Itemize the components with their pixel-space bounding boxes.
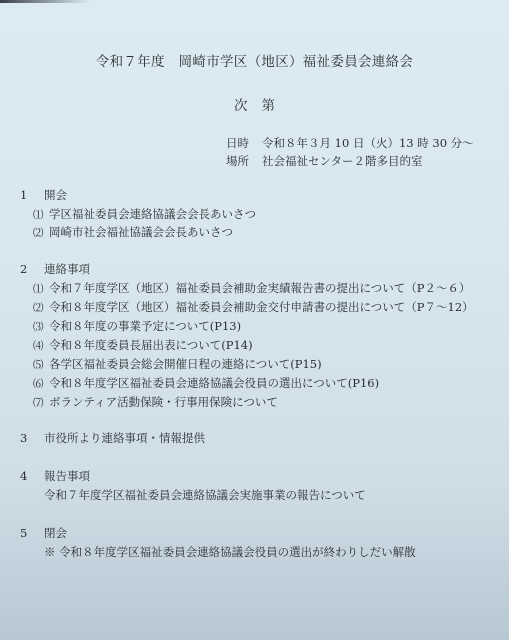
item-text: 岡崎市社会福祉協議会会長あいさつ [49,225,233,239]
item-text: 学区福祉委員会連絡協議会会長あいさつ [49,207,256,221]
section-number: 5 [20,526,44,540]
item-text: 各学区福祉委員会総会開催日程の連絡について(P15) [49,357,322,371]
section-number: 4 [20,469,44,483]
section-title: 開会 [44,188,67,202]
item-marker: ⑸ [33,357,49,372]
section-5-heading: 5閉会 [20,525,67,541]
section-3-heading: 3市役所より連絡事項・情報提供 [20,430,205,446]
place-value: 社会福祉センター２階多目的室 [262,154,423,168]
section-5-note: ※ 令和８年度学区福祉委員会連絡協議会役員の選出が終わりしだい解散 [44,544,416,560]
document-subtitle: 次第 [0,94,509,114]
section-title: 市役所より連絡事項・情報提供 [44,431,205,445]
section-4-body: 令和７年度学区福祉委員会連絡協議会実施事業の報告について [44,487,366,503]
section-1-heading: 1開会 [20,187,67,203]
item-marker: ⑹ [33,376,49,391]
section-2-item-4: ⑷令和８年度委員長届出表について(P14) [33,337,253,353]
meta-datetime: 日時令和８年３月 10 日（火）13 時 30 分～ [226,135,474,151]
datetime-label: 日時 [226,135,262,151]
section-2-item-3: ⑶令和８年度の事業予定について(P13) [33,318,241,334]
section-2-item-1: ⑴令和７年度学区（地区）福祉委員会補助金実績報告書の提出について（P２～６） [33,280,471,296]
section-4-heading: 4報告事項 [20,468,90,484]
section-title: 閉会 [44,526,67,540]
item-text: 令和８年度の事業予定について(P13) [49,319,241,333]
item-marker: ⑶ [33,319,49,334]
place-label: 場所 [226,153,262,169]
section-title: 報告事項 [44,469,90,483]
item-marker: ⑺ [33,395,49,410]
item-marker: ⑷ [33,338,49,353]
item-text: 令和８年度学区（地区）福祉委員会補助金交付申請書の提出について（P７～12） [49,300,474,314]
document-title: 令和７年度 岡崎市学区（地区）福祉委員会連絡会 [0,50,509,70]
section-number: 1 [20,188,44,202]
item-marker: ⑴ [33,207,49,222]
section-2-heading: 2連絡事項 [20,261,90,277]
item-text: 令和８年度学区福祉委員会連絡協議会役員の選出について(P16) [49,376,379,390]
section-number: 2 [20,262,44,276]
item-marker: ⑵ [33,225,49,240]
item-text: ボランティア活動保険・行事用保険について [49,395,278,409]
section-2-item-2: ⑵令和８年度学区（地区）福祉委員会補助金交付申請書の提出について（P７～12） [33,299,474,315]
section-number: 3 [20,431,44,445]
datetime-value: 令和８年３月 10 日（火）13 時 30 分～ [262,136,474,150]
item-marker: ⑵ [33,300,49,315]
item-marker: ⑴ [33,281,49,296]
item-text: 令和７年度学区（地区）福祉委員会補助金実績報告書の提出について（P２～６） [49,281,471,295]
section-2-item-6: ⑹令和８年度学区福祉委員会連絡協議会役員の選出について(P16) [33,375,379,391]
section-2-item-5: ⑸各学区福祉委員会総会開催日程の連絡について(P15) [33,356,322,372]
section-2-item-7: ⑺ボランティア活動保険・行事用保険について [33,394,278,410]
item-text: 令和８年度委員長届出表について(P14) [49,338,253,352]
section-title: 連絡事項 [44,262,90,276]
section-1-item-1: ⑴学区福祉委員会連絡協議会会長あいさつ [33,206,256,222]
meta-place: 場所社会福祉センター２階多目的室 [226,153,423,169]
agenda-document: 令和７年度 岡崎市学区（地区）福祉委員会連絡会 次第 日時令和８年３月 10 日… [0,0,509,640]
section-1-item-2: ⑵岡崎市社会福祉協議会会長あいさつ [33,224,233,240]
